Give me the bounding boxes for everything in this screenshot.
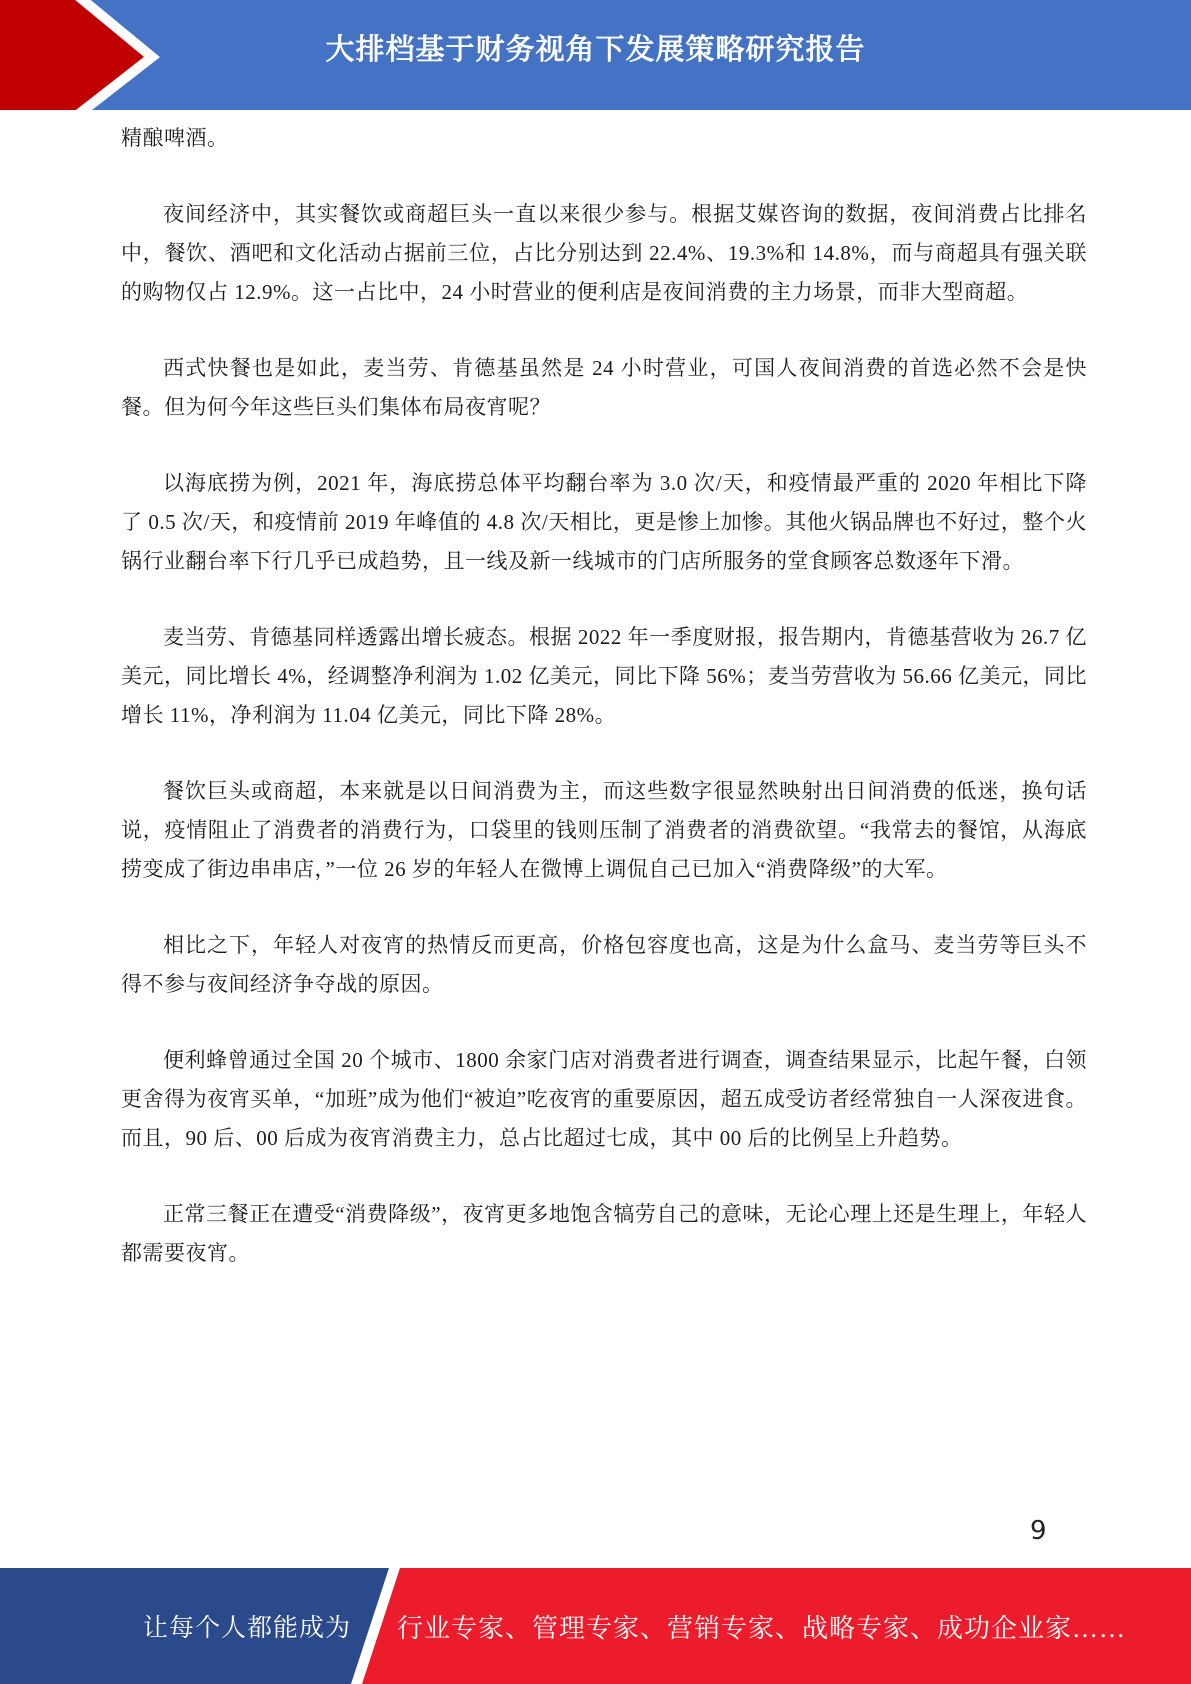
document-body: 精酿啤酒。 夜间经济中，其实餐饮或商超巨头一直以来很少参与。根据艾媒咨询的数据，… [121, 119, 1087, 1273]
paragraph: 麦当劳、肯德基同样透露出增长疲态。根据 2022 年一季度财报，报告期内，肯德基… [121, 618, 1087, 735]
footer-slogan-left: 让每个人都能成为 [143, 1568, 351, 1684]
paragraph: 夜间经济中，其实餐饮或商超巨头一直以来很少参与。根据艾媒咨询的数据，夜间消费占比… [121, 195, 1087, 312]
page-title: 大排档基于财务视角下发展策略研究报告 [0, 0, 1191, 94]
paragraph: 餐饮巨头或商超，本来就是以日间消费为主，而这些数字很显然映射出日间消费的低迷，换… [121, 772, 1087, 889]
paragraph: 正常三餐正在遭受“消费降级”，夜宵更多地饱含犒劳自己的意味，无论心理上还是生理上… [121, 1195, 1087, 1273]
header-banner: 大排档基于财务视角下发展策略研究报告 [0, 0, 1191, 110]
paragraph: 便利蜂曾通过全国 20 个城市、1800 余家门店对消费者进行调查，调查结果显示… [121, 1041, 1087, 1158]
paragraph: 西式快餐也是如此，麦当劳、肯德基虽然是 24 小时营业，可国人夜间消费的首选必然… [121, 349, 1087, 427]
footer-slogan-right: 行业专家、管理专家、营销专家、战略专家、成功企业家…… [397, 1568, 1126, 1684]
paragraph: 相比之下，年轻人对夜宵的热情反而更高，价格包容度也高，这是为什么盒马、麦当劳等巨… [121, 926, 1087, 1004]
footer-banner: 让每个人都能成为 行业专家、管理专家、营销专家、战略专家、成功企业家…… [0, 1568, 1191, 1684]
paragraph: 以海底捞为例，2021 年，海底捞总体平均翻台率为 3.0 次/天，和疫情最严重… [121, 464, 1087, 581]
document-page: 大排档基于财务视角下发展策略研究报告 精酿啤酒。 夜间经济中，其实餐饮或商超巨头… [0, 0, 1191, 1684]
page-number: 9 [1030, 1516, 1047, 1546]
paragraph: 精酿啤酒。 [121, 119, 1087, 158]
